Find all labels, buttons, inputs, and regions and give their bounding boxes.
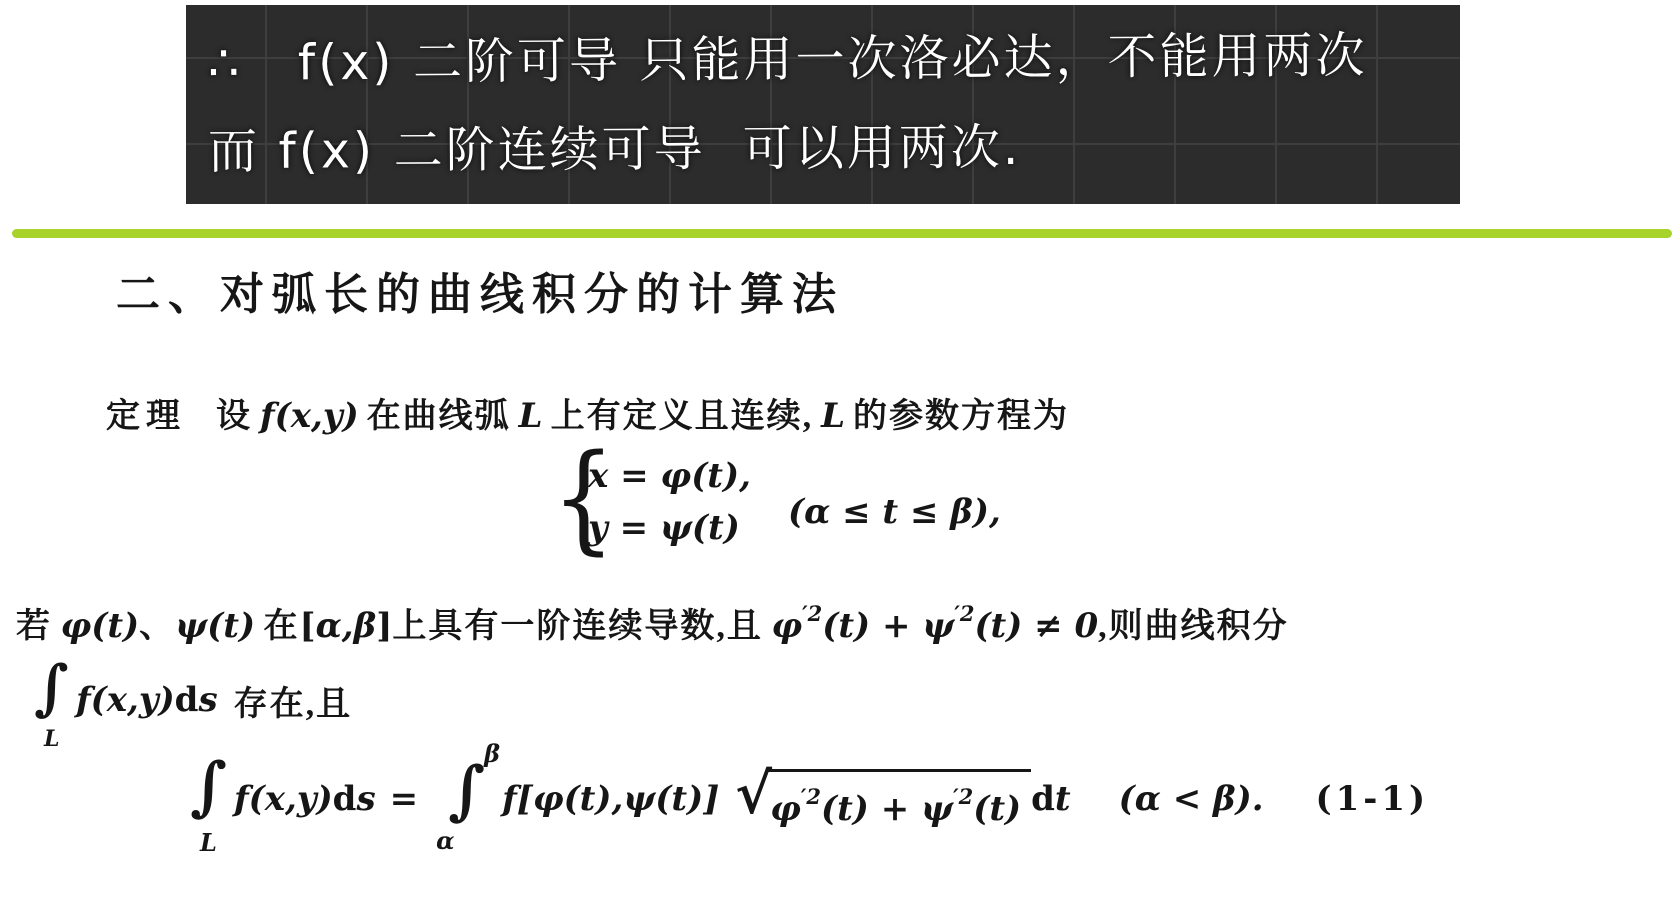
existence-text: 存在,且 [234, 676, 353, 725]
math-fxy: f(x,y) [260, 396, 359, 436]
math-psi-t: ψ(t) [175, 606, 255, 646]
bracket-close: ] [376, 606, 392, 646]
math-s: s [198, 680, 217, 720]
math-phi-t: φ(t) [61, 606, 140, 646]
hyp-text-2: 在 [264, 608, 300, 645]
radicand-tail: (t) [973, 789, 1021, 829]
theorem-text-1: 设 [216, 398, 252, 435]
system-equation-y: y = ψ(t) [588, 502, 751, 554]
existence-line: ∫ L f(x,y)ds 存在,且 [28, 652, 352, 748]
equation-number-tag: (1-1) [1316, 779, 1430, 819]
handwritten-note-line-1: ∴ f(x) 二阶可导 只能用一次洛必达，不能用两次 [208, 17, 1368, 95]
radicand-phi: φ [770, 789, 801, 829]
hyp-text-4: ,则曲线积分 [1098, 608, 1289, 645]
math-L-2: L [821, 396, 845, 436]
math-neq-zero: (t) ≠ 0 [974, 606, 1098, 646]
theorem-text-4: 的参数方程为 [853, 398, 1069, 435]
theorem-label: 定理 [106, 397, 186, 435]
parametric-system: x = φ(t), y = ψ(t) [588, 450, 751, 554]
math-alpha-beta: α,β [316, 606, 377, 646]
formula-lhs-fxy: f(x,y) [234, 779, 333, 819]
hyp-text-3: 上具有一阶连续导数,且 [392, 608, 763, 645]
formula-lhs-s: s [356, 779, 375, 819]
lhs-integral: ∫ L [184, 743, 234, 855]
formula-integrand: f[φ(t),ψ(t)] [502, 779, 719, 819]
formula-dt-d: d [1031, 779, 1055, 819]
formula-lhs-d: d [333, 779, 357, 819]
math-d: d [175, 680, 199, 720]
hyp-separator: 、 [139, 608, 175, 645]
math-plus-psi: (t) + ψ [822, 606, 954, 646]
parameter-range-condition: (α ≤ t ≤ β), [788, 492, 1001, 532]
radicand-mid: (t) + ψ [821, 789, 953, 829]
math-fxy-ds: f(x,y) [76, 680, 175, 720]
handwritten-note-line-2: 而 f(x) 二阶连续可导 可以用两次. [208, 109, 1022, 183]
math-L-1: L [519, 396, 543, 436]
lhs-integral-sub-L: L [200, 828, 217, 857]
formula-dt-t: t [1055, 779, 1071, 819]
radicand-phi-sup: ′2 [801, 784, 821, 809]
square-root: √ φ′2(t) + ψ′2(t) [735, 769, 1031, 830]
rhs-integral-upper-beta: β [484, 739, 500, 768]
theorem-text-2: 在曲线弧 [367, 398, 511, 435]
equals-sign: = [390, 779, 419, 819]
integral-over-L: ∫ L [28, 652, 76, 748]
handwritten-note-panel: ∴ f(x) 二阶可导 只能用一次洛必达，不能用两次 而 f(x) 二阶连续可导… [186, 5, 1460, 204]
radicand: φ′2(t) + ψ′2(t) [766, 769, 1031, 830]
main-formula: ∫ L f(x,y)ds = ∫ β α f[φ(t),ψ(t)] √ φ′2(… [184, 740, 1429, 858]
rhs-integral-lower-alpha: α [436, 826, 454, 855]
rhs-integral-sign: ∫ [448, 759, 485, 823]
hyp-text-1: 若 [16, 608, 52, 645]
rhs-integral: ∫ β α [432, 743, 502, 855]
system-equation-x: x = φ(t), [588, 450, 751, 502]
green-divider-line [12, 229, 1672, 238]
section-heading: 二、对弧长的曲线积分的计算法 [116, 258, 844, 322]
integral-sub-L: L [44, 726, 59, 752]
integral-sign: ∫ [34, 658, 69, 718]
math-psi-prime-sup: ′2 [954, 601, 974, 626]
math-phi-prime: φ [771, 606, 802, 646]
lhs-integral-sign: ∫ [190, 755, 227, 819]
alpha-less-beta-condition: (α < β). [1119, 779, 1264, 819]
radicand-psi-sup: ′2 [953, 784, 973, 809]
math-phi-prime-sup: ′2 [802, 601, 822, 626]
hypothesis-line: 若 φ(t)、ψ(t) 在[α,β]上具有一阶连续导数,且 φ′2(t) + ψ… [16, 598, 1289, 647]
page: { "colors": { "divider": "#a7d32a", "not… [0, 0, 1680, 898]
bracket-open: [ [300, 606, 316, 646]
